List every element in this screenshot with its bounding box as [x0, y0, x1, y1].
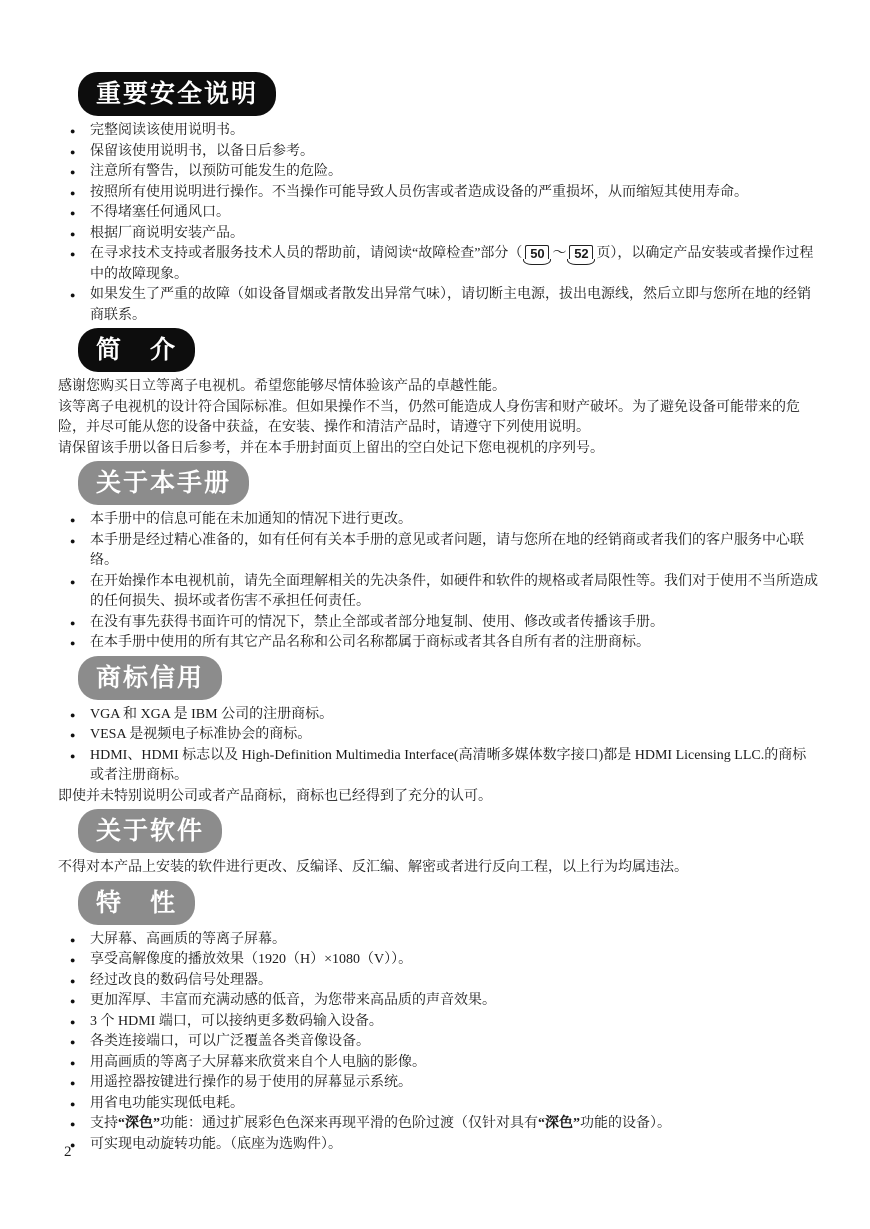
list-item: ●保留该使用说明书，以备日后参考。 — [58, 142, 820, 163]
bullet-icon: ● — [58, 121, 90, 142]
section-badge-label: 特 性 — [96, 889, 177, 917]
bullet-icon: ● — [58, 162, 90, 183]
list-item: ●经过改良的数码信号处理器。 — [58, 971, 820, 992]
paragraph: 该等离子电视机的设计符合国际标准。但如果操作不当，仍然可能造成人身伤害和财产破坏… — [58, 398, 820, 439]
manual-page: 重要安全说明 ●完整阅读该使用说明书。●保留该使用说明书，以备日后参考。●注意所… — [0, 0, 870, 1229]
list-item-text: HDMI、HDMI 标志以及 High-Definition Multimedi… — [90, 746, 820, 787]
section-body: ●大屏幕、高画质的等离子屏幕。●享受高解像度的播放效果（1920（H）×1080… — [58, 930, 820, 1156]
list-item: ●HDMI、HDMI 标志以及 High-Definition Multimed… — [58, 746, 820, 787]
list-item-text: 注意所有警告，以预防可能发生的危险。 — [90, 162, 820, 183]
bold-text: “深色” — [118, 1116, 160, 1131]
page-ref-book-icon: 50 — [525, 245, 549, 262]
section-features: 特 性 ●大屏幕、高画质的等离子屏幕。●享受高解像度的播放效果（1920（H）×… — [58, 879, 820, 1156]
section-badge-label: 关于软件 — [96, 817, 204, 845]
page-ref-book-icon: 52 — [569, 245, 593, 262]
list-item: ●支持“深色”功能：通过扩展彩色色深来再现平滑的色阶过渡（仅针对具有“深色”功能… — [58, 1114, 820, 1135]
bullet-icon: ● — [58, 613, 90, 634]
bullet-icon: ● — [58, 142, 90, 163]
bullet-icon: ● — [58, 531, 90, 552]
paragraph: 感谢您购买日立等离子电视机。希望您能够尽情体验该产品的卓越性能。 — [58, 377, 820, 398]
list-item-text: 各类连接端口，可以广泛覆盖各类音像设备。 — [90, 1032, 820, 1053]
list-item-text: 在寻求技术支持或者服务技术人员的帮助前，请阅读“故障检查”部分（50～52页），… — [90, 244, 820, 285]
list-item: ●享受高解像度的播放效果（1920（H）×1080（V））。 — [58, 950, 820, 971]
list-item-text: 享受高解像度的播放效果（1920（H）×1080（V））。 — [90, 950, 820, 971]
list-item-text: 不得堵塞任何通风口。 — [90, 203, 820, 224]
page-number: 2 — [64, 1144, 72, 1161]
list-item: ●本手册是经过精心准备的，如有任何有关本手册的意见或者问题，请与您所在地的经销商… — [58, 531, 820, 572]
list-item: ●如果发生了严重的故障（如设备冒烟或者散发出异常气味），请切断主电源，拔出电源线… — [58, 285, 820, 326]
section-trademark-credit: 商标信用 ●VGA 和 XGA 是 IBM 公司的注册商标。●VESA 是视频电… — [58, 654, 820, 808]
list-item-text: 在没有事先获得书面许可的情况下，禁止全部或者部分地复制、使用、修改或者传播该手册… — [90, 613, 820, 634]
bullet-icon: ● — [58, 725, 90, 746]
list-item: ●用高画质的等离子大屏幕来欣赏来自个人电脑的影像。 — [58, 1053, 820, 1074]
list-item: ●注意所有警告，以预防可能发生的危险。 — [58, 162, 820, 183]
list-item: ●大屏幕、高画质的等离子屏幕。 — [58, 930, 820, 951]
section-body: ●VGA 和 XGA 是 IBM 公司的注册商标。●VESA 是视频电子标准协会… — [58, 705, 820, 808]
list-item-text: 更加浑厚、丰富而充满动感的低音，为您带来高品质的声音效果。 — [90, 991, 820, 1012]
bullet-icon: ● — [58, 705, 90, 726]
bullet-icon: ● — [58, 203, 90, 224]
list-item: ●根据厂商说明安装产品。 — [58, 224, 820, 245]
bullet-icon: ● — [58, 1032, 90, 1053]
list-item-text: 保留该使用说明书，以备日后参考。 — [90, 142, 820, 163]
list-item-text: 如果发生了严重的故障（如设备冒烟或者散发出异常气味），请切断主电源，拔出电源线，… — [90, 285, 820, 326]
list-item: ●在本手册中使用的所有其它产品名称和公司名称都属于商标或者其各自所有者的注册商标… — [58, 633, 820, 654]
list-item-text: 在开始操作本电视机前，请先全面理解相关的先决条件，如硬件和软件的规格或者局限性等… — [90, 572, 820, 613]
bullet-icon: ● — [58, 1135, 90, 1156]
list-item: ●各类连接端口，可以广泛覆盖各类音像设备。 — [58, 1032, 820, 1053]
section-badge: 重要安全说明 — [78, 72, 276, 116]
list-item-text: VESA 是视频电子标准协会的商标。 — [90, 725, 820, 746]
list-item-text: 支持“深色”功能：通过扩展彩色色深来再现平滑的色阶过渡（仅针对具有“深色”功能的… — [90, 1114, 820, 1135]
list-item-text: VGA 和 XGA 是 IBM 公司的注册商标。 — [90, 705, 820, 726]
section-badge: 简 介 — [78, 328, 195, 372]
list-item: ●更加浑厚、丰富而充满动感的低音，为您带来高品质的声音效果。 — [58, 991, 820, 1012]
bullet-icon: ● — [58, 1012, 90, 1033]
list-item-text: 在本手册中使用的所有其它产品名称和公司名称都属于商标或者其各自所有者的注册商标。 — [90, 633, 820, 654]
paragraph: 请保留该手册以备日后参考，并在本手册封面页上留出的空白处记下您电视机的序列号。 — [58, 439, 820, 460]
bullet-icon: ● — [58, 930, 90, 951]
section-badge: 特 性 — [78, 881, 195, 925]
list-item-text: 大屏幕、高画质的等离子屏幕。 — [90, 930, 820, 951]
section-about-software: 关于软件 不得对本产品上安装的软件进行更改、反编译、反汇编、解密或者进行反向工程… — [58, 807, 820, 879]
list-item-text: 本手册中的信息可能在未加通知的情况下进行更改。 — [90, 510, 820, 531]
bullet-icon: ● — [58, 510, 90, 531]
section-badge-label: 重要安全说明 — [96, 80, 258, 108]
list-item-text: 用遥控器按键进行操作的易于使用的屏幕显示系统。 — [90, 1073, 820, 1094]
section-badge-label: 商标信用 — [96, 664, 204, 692]
bullet-icon: ● — [58, 1073, 90, 1094]
bullet-icon: ● — [58, 183, 90, 204]
list-item-text: 根据厂商说明安装产品。 — [90, 224, 820, 245]
paragraph: 即使并未特别说明公司或者产品商标，商标也已经得到了充分的认可。 — [58, 787, 820, 808]
list-item: ●不得堵塞任何通风口。 — [58, 203, 820, 224]
list-item-text: 完整阅读该使用说明书。 — [90, 121, 820, 142]
bullet-icon: ● — [58, 285, 90, 306]
section-badge: 关于本手册 — [78, 461, 249, 505]
list-item-text: 按照所有使用说明进行操作。不当操作可能导致人员伤害或者造成设备的严重损坏，从而缩… — [90, 183, 820, 204]
bullet-icon: ● — [58, 971, 90, 992]
list-item: ●完整阅读该使用说明书。 — [58, 121, 820, 142]
text-segment: 功能的设备）。 — [580, 1116, 671, 1131]
bullet-icon: ● — [58, 572, 90, 593]
list-item: ●本手册中的信息可能在未加通知的情况下进行更改。 — [58, 510, 820, 531]
bullet-icon: ● — [58, 746, 90, 767]
text-segment: 支持 — [90, 1116, 118, 1131]
text-segment: ～ — [552, 246, 566, 261]
bold-text: “深色” — [538, 1116, 580, 1131]
content: 重要安全说明 ●完整阅读该使用说明书。●保留该使用说明书，以备日后参考。●注意所… — [0, 0, 870, 1155]
list-item-text: 本手册是经过精心准备的，如有任何有关本手册的意见或者问题，请与您所在地的经销商或… — [90, 531, 820, 572]
bullet-icon: ● — [58, 244, 90, 265]
list-item: ●按照所有使用说明进行操作。不当操作可能导致人员伤害或者造成设备的严重损坏，从而… — [58, 183, 820, 204]
list-item: ●用省电功能实现低电耗。 — [58, 1094, 820, 1115]
list-item-text: 用高画质的等离子大屏幕来欣赏来自个人电脑的影像。 — [90, 1053, 820, 1074]
text-segment: 功能：通过扩展彩色色深来再现平滑的色阶过渡（仅针对具有 — [160, 1116, 538, 1131]
section-badge: 关于软件 — [78, 809, 222, 853]
section-badge-label: 简 介 — [96, 336, 177, 364]
section-body: ●完整阅读该使用说明书。●保留该使用说明书，以备日后参考。●注意所有警告，以预防… — [58, 121, 820, 326]
list-item: ●可实现电动旋转功能。（底座为选购件）。 — [58, 1135, 820, 1156]
list-item: ●用遥控器按键进行操作的易于使用的屏幕显示系统。 — [58, 1073, 820, 1094]
paragraph: 不得对本产品上安装的软件进行更改、反编译、反汇编、解密或者进行反向工程，以上行为… — [58, 858, 820, 879]
list-item-text: 可实现电动旋转功能。（底座为选购件）。 — [90, 1135, 820, 1156]
bullet-icon: ● — [58, 1053, 90, 1074]
section-body: ●本手册中的信息可能在未加通知的情况下进行更改。●本手册是经过精心准备的，如有任… — [58, 510, 820, 654]
text-segment: 在寻求技术支持或者服务技术人员的帮助前，请阅读“故障检查”部分（ — [90, 246, 522, 261]
bullet-icon: ● — [58, 1094, 90, 1115]
list-item: ●VGA 和 XGA 是 IBM 公司的注册商标。 — [58, 705, 820, 726]
section-important-safety: 重要安全说明 ●完整阅读该使用说明书。●保留该使用说明书，以备日后参考。●注意所… — [58, 70, 820, 326]
list-item-text: 3 个 HDMI 端口，可以接纳更多数码输入设备。 — [90, 1012, 820, 1033]
section-badge-label: 关于本手册 — [96, 469, 231, 497]
section-about-manual: 关于本手册 ●本手册中的信息可能在未加通知的情况下进行更改。●本手册是经过精心准… — [58, 459, 820, 654]
list-item: ●在没有事先获得书面许可的情况下，禁止全部或者部分地复制、使用、修改或者传播该手… — [58, 613, 820, 634]
bullet-icon: ● — [58, 991, 90, 1012]
list-item: ●在寻求技术支持或者服务技术人员的帮助前，请阅读“故障检查”部分（50～52页）… — [58, 244, 820, 285]
list-item: ●3 个 HDMI 端口，可以接纳更多数码输入设备。 — [58, 1012, 820, 1033]
bullet-icon: ● — [58, 224, 90, 245]
list-item: ●VESA 是视频电子标准协会的商标。 — [58, 725, 820, 746]
section-body: 感谢您购买日立等离子电视机。希望您能够尽情体验该产品的卓越性能。该等离子电视机的… — [58, 377, 820, 459]
list-item: ●在开始操作本电视机前，请先全面理解相关的先决条件，如硬件和软件的规格或者局限性… — [58, 572, 820, 613]
section-body: 不得对本产品上安装的软件进行更改、反编译、反汇编、解密或者进行反向工程，以上行为… — [58, 858, 820, 879]
section-badge: 商标信用 — [78, 656, 222, 700]
bullet-icon: ● — [58, 1114, 90, 1135]
list-item-text: 经过改良的数码信号处理器。 — [90, 971, 820, 992]
section-introduction: 简 介 感谢您购买日立等离子电视机。希望您能够尽情体验该产品的卓越性能。该等离子… — [58, 326, 820, 459]
bullet-icon: ● — [58, 950, 90, 971]
bullet-icon: ● — [58, 633, 90, 654]
list-item-text: 用省电功能实现低电耗。 — [90, 1094, 820, 1115]
